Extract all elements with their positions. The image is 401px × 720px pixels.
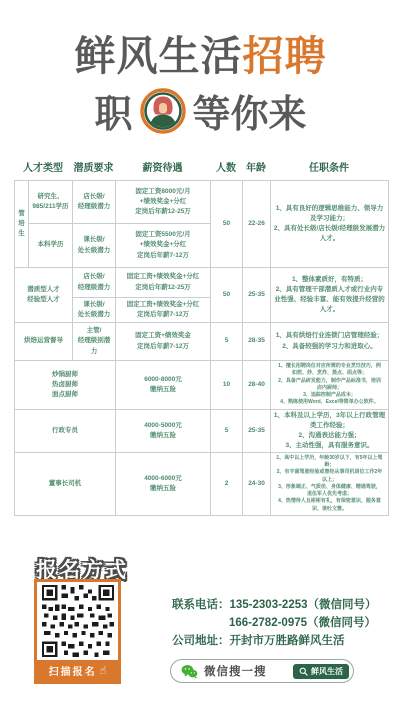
cell-g3-conditions: 1、具有烘焙行业连锁门店管理经验； 2、具备较强的学习力和进取心。 bbox=[271, 323, 389, 361]
cell-g2r2-salary: 固定工资+绩效奖金+分红 定岗后年薪7-12万 bbox=[116, 298, 211, 323]
cell-g2-type: 潜质型人才 经验型人才 bbox=[15, 268, 73, 323]
phone-label: 联系电话： bbox=[172, 599, 230, 611]
table-row: 管 培 生 研究生、 985/211学历 店长级/ 经理级潜力 固定工资8000… bbox=[15, 181, 389, 224]
recruitment-poster: 鲜风生活招聘 职 等你来 人才类型 bbox=[0, 0, 401, 720]
cell-g1-type: 管 培 生 bbox=[15, 181, 29, 268]
qr-code bbox=[37, 582, 118, 660]
search-icon bbox=[299, 667, 308, 676]
title-line2: 职 等你来 bbox=[0, 83, 401, 138]
cell-g2-count: 50 bbox=[211, 268, 243, 323]
address-line: 公司地址：开封市万胜路鲜风生活 bbox=[172, 632, 377, 650]
cell-g6-type: 董事长司机 bbox=[15, 452, 116, 515]
cell-g5-conditions: 1、本科及以上学历，3年以上行政管理类工作经验； 2、沟通表达能力强； 3、主动… bbox=[271, 409, 389, 452]
pointer-hand-icon: ☝ bbox=[100, 664, 107, 677]
cell-g1-conditions: 1、具有良好的逻辑思维能力、领导力及学习能力； 2、具有处长级/店长级/经理级发… bbox=[271, 181, 389, 268]
col-header-potential: 潜质要求 bbox=[72, 161, 115, 177]
cell-g1-count: 50 bbox=[211, 181, 243, 268]
cell-g3-count: 5 bbox=[211, 323, 243, 361]
col-header-age: 年龄 bbox=[242, 161, 270, 177]
wechat-search-label: 微信搜一搜 bbox=[204, 663, 287, 679]
phone-line-2: 166-2782-0975（微信同号） bbox=[172, 614, 377, 632]
avatar-icon bbox=[140, 88, 186, 134]
title-highlight: 招聘 bbox=[243, 33, 327, 79]
cell-g4-salary: 6000-8000元 缴纳五险 bbox=[116, 361, 211, 410]
table-row: 炒锅厨师 热卤厨师 面点厨师 6000-8000元 缴纳五险 10 28-40 … bbox=[15, 361, 389, 410]
col-header-salary: 薪资待遇 bbox=[115, 161, 210, 177]
phone-number-1: 135-2303-2253（微信同号） bbox=[230, 599, 377, 611]
cell-g6-count: 2 bbox=[211, 452, 243, 515]
cell-g5-type: 行政专员 bbox=[15, 409, 116, 452]
poster-title: 鲜风生活招聘 职 等你来 bbox=[0, 34, 401, 138]
cell-g4-age: 28-40 bbox=[243, 361, 271, 410]
cell-g4-conditions: 1、擅长招聘岗位对应所需的专业烹饪技巧，例如煎、炒、烹炸、蒸点、面点等； 2、具… bbox=[271, 361, 389, 410]
cell-g3-age: 28-35 bbox=[243, 323, 271, 361]
table-row: 行政专员 4000-5000元 缴纳五险 5 25-35 1、本科及以上学历，3… bbox=[15, 409, 389, 452]
wechat-account-name: 鲜风生活 bbox=[311, 666, 343, 677]
cell-g2r2-potential: 课长级/ 处长级潜力 bbox=[73, 298, 116, 323]
cell-g5-salary: 4000-5000元 缴纳五险 bbox=[116, 409, 211, 452]
cell-g6-conditions: 1、高中以上学历，年龄30岁以下，有5年以上驾龄； 2、有丰富驾驶经验或曾经从事… bbox=[271, 452, 389, 515]
table-header-row: 人才类型 潜质要求 薪资待遇 人数 年龄 任职条件 bbox=[14, 161, 388, 177]
cell-g4-type: 炒锅厨师 热卤厨师 面点厨师 bbox=[15, 361, 116, 410]
table-row: 董事长司机 4000-6000元 缴纳五险 2 24-30 1、高中以上学历，年… bbox=[15, 452, 389, 515]
brand-name: 鲜风生活 bbox=[75, 33, 243, 79]
cell-g1r1-education: 研究生、 985/211学历 bbox=[29, 181, 73, 224]
cell-g6-salary: 4000-6000元 缴纳五险 bbox=[116, 452, 211, 515]
col-header-requirements: 任职条件 bbox=[270, 161, 388, 177]
wechat-account-button: 鲜风生活 bbox=[293, 664, 349, 679]
cell-g5-count: 5 bbox=[211, 409, 243, 452]
cell-g1-age: 22-26 bbox=[243, 181, 271, 268]
cell-g5-age: 25-35 bbox=[243, 409, 271, 452]
phone-line-1: 联系电话：135-2303-2253（微信同号） bbox=[172, 596, 377, 614]
jobs-table: 管 培 生 研究生、 985/211学历 店长级/ 经理级潜力 固定工资8000… bbox=[14, 180, 389, 516]
cell-g2-age: 25-35 bbox=[243, 268, 271, 323]
wechat-search-pill: 微信搜一搜 鲜风生活 bbox=[170, 659, 354, 683]
cell-g3-type: 烘焙运营督导 bbox=[15, 323, 73, 361]
cell-g2-conditions: 1、整体素质好，有特质； 2、具有管理干部潜质人才或行业内专业性强、经验丰富、能… bbox=[271, 268, 389, 323]
title-line1: 鲜风生活招聘 bbox=[0, 34, 401, 79]
cell-g1r1-salary: 固定工资8000元/月 +绩效奖金+分红 定岗后年薪12-25万 bbox=[116, 181, 211, 224]
cell-g3-salary: 固定工资+绩效奖金 定岗后年薪7-12万 bbox=[116, 323, 211, 361]
cell-g4-count: 10 bbox=[211, 361, 243, 410]
title-line2-prefix: 职 bbox=[94, 83, 132, 138]
col-header-count: 人数 bbox=[210, 161, 242, 177]
phone-number-2: 166-2782-0975（微信同号） bbox=[229, 617, 376, 629]
col-header-talent-type: 人才类型 bbox=[14, 161, 72, 177]
table-row: 烘焙运营督导 主管/ 经理级别潜力 固定工资+绩效奖金 定岗后年薪7-12万 5… bbox=[15, 323, 389, 361]
qr-block: 扫描报名 ☝ bbox=[34, 579, 121, 684]
cell-g2r1-potential: 店长级/ 经理级潜力 bbox=[73, 268, 116, 298]
qr-scan-label: 扫描报名 ☝ bbox=[37, 660, 118, 681]
cell-g1r1-potential: 店长级/ 经理级潜力 bbox=[73, 181, 116, 224]
table-row: 潜质型人才 经验型人才 店长级/ 经理级潜力 固定工资+绩效奖金+分红 定岗后年… bbox=[15, 268, 389, 298]
address-label: 公司地址： bbox=[172, 635, 230, 647]
cell-g6-age: 24-30 bbox=[243, 452, 271, 515]
cell-g1r2-potential: 课长级/ 处长级潜力 bbox=[73, 224, 116, 268]
address-value: 开封市万胜路鲜风生活 bbox=[230, 635, 345, 647]
cell-g2r1-salary: 固定工资+绩效奖金+分红 定岗后年薪12-25万 bbox=[116, 268, 211, 298]
cell-g1r2-salary: 固定工资5500元/月 +绩效奖金+分红 定岗后年薪7-12万 bbox=[116, 224, 211, 268]
cell-g3-potential: 主管/ 经理级别潜力 bbox=[73, 323, 116, 361]
wechat-icon bbox=[181, 664, 198, 679]
title-line2-suffix: 等你来 bbox=[193, 83, 307, 138]
contact-info: 联系电话：135-2303-2253（微信同号） 166-2782-0975（微… bbox=[172, 596, 377, 650]
cell-g1r2-education: 本科学历 bbox=[29, 224, 73, 268]
